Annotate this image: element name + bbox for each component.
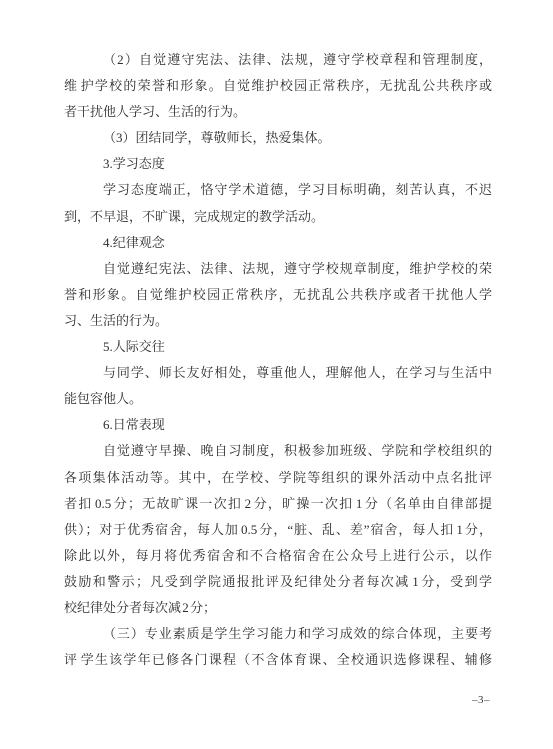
text-line: 自觉遵守早操、晚自习制度，积极参加班级、学院和学校组织的	[64, 438, 492, 464]
text-line: 与同学、师长友好相处，尊重他人，理解他人，在学习与生活中	[64, 360, 492, 386]
text-line: （三）专业素质是学生学习能力和学习成效的综合体现，主要考	[64, 621, 492, 647]
text-line: 维 护学校的荣誉和形象。自觉维护校园正常秩序，无扰乱公共秩序或	[64, 73, 492, 99]
text-line: 3.学习态度	[64, 151, 492, 177]
text-line: 供）；对于优秀宿舍，每人加 0.5 分，“脏、乱、差”宿舍，每人扣 1 分，	[64, 517, 492, 543]
text-line: 誉和形象。自觉维护校园正常秩序，无扰乱公共秩序或者干扰他人学	[64, 282, 492, 308]
text-line: 学习态度端正，恪守学术道德，学习目标明确，刻苦认真，不迟	[64, 177, 492, 203]
text-line: 6.日常表现	[64, 412, 492, 438]
document-page: （2）自觉遵守宪法、法律、法规，遵守学校章程和管理制度，维 护学校的荣誉和形象。…	[0, 0, 553, 749]
text-line: 自觉遵纪宪法、法律、法规，遵守学校规章制度，维护学校的荣	[64, 256, 492, 282]
text-line: 能包容他人。	[64, 386, 492, 412]
text-line: 4.纪律观念	[64, 230, 492, 256]
text-line: 者干扰他人学习、生活的行为。	[64, 99, 492, 125]
text-line: 习、生活的行为。	[64, 308, 492, 334]
page-body: （2）自觉遵守宪法、法律、法规，遵守学校章程和管理制度，维 护学校的荣誉和形象。…	[64, 47, 492, 673]
text-line: 鼓励和警示；凡受到学院通报批评及纪律处分者每次减 1 分，受到学	[64, 569, 492, 595]
text-line: 校纪律处分者每次减 2 分；	[64, 595, 492, 621]
text-line: 除此以外，每月将优秀宿舍和不合格宿舍在公众号上进行公示，以作	[64, 543, 492, 569]
page-number: –3–	[472, 693, 490, 707]
text-line: （2）自觉遵守宪法、法律、法规，遵守学校章程和管理制度，	[64, 47, 492, 73]
text-line: 评 学生该学年已修各门课程（不含体育课、全校通识选修课程、辅修	[64, 647, 492, 673]
text-line: 5.人际交往	[64, 334, 492, 360]
text-line: 各项集体活动等。其中，在学校、学院等组织的课外活动中点名批评	[64, 465, 492, 491]
text-line: 者扣 0.5 分；无故旷课一次扣 2 分，旷操一次扣 1 分（名单由自律部提	[64, 491, 492, 517]
text-line: （3）团结同学，尊敬师长，热爱集体。	[64, 125, 492, 151]
text-line: 到，不早退，不旷课，完成规定的教学活动。	[64, 204, 492, 230]
